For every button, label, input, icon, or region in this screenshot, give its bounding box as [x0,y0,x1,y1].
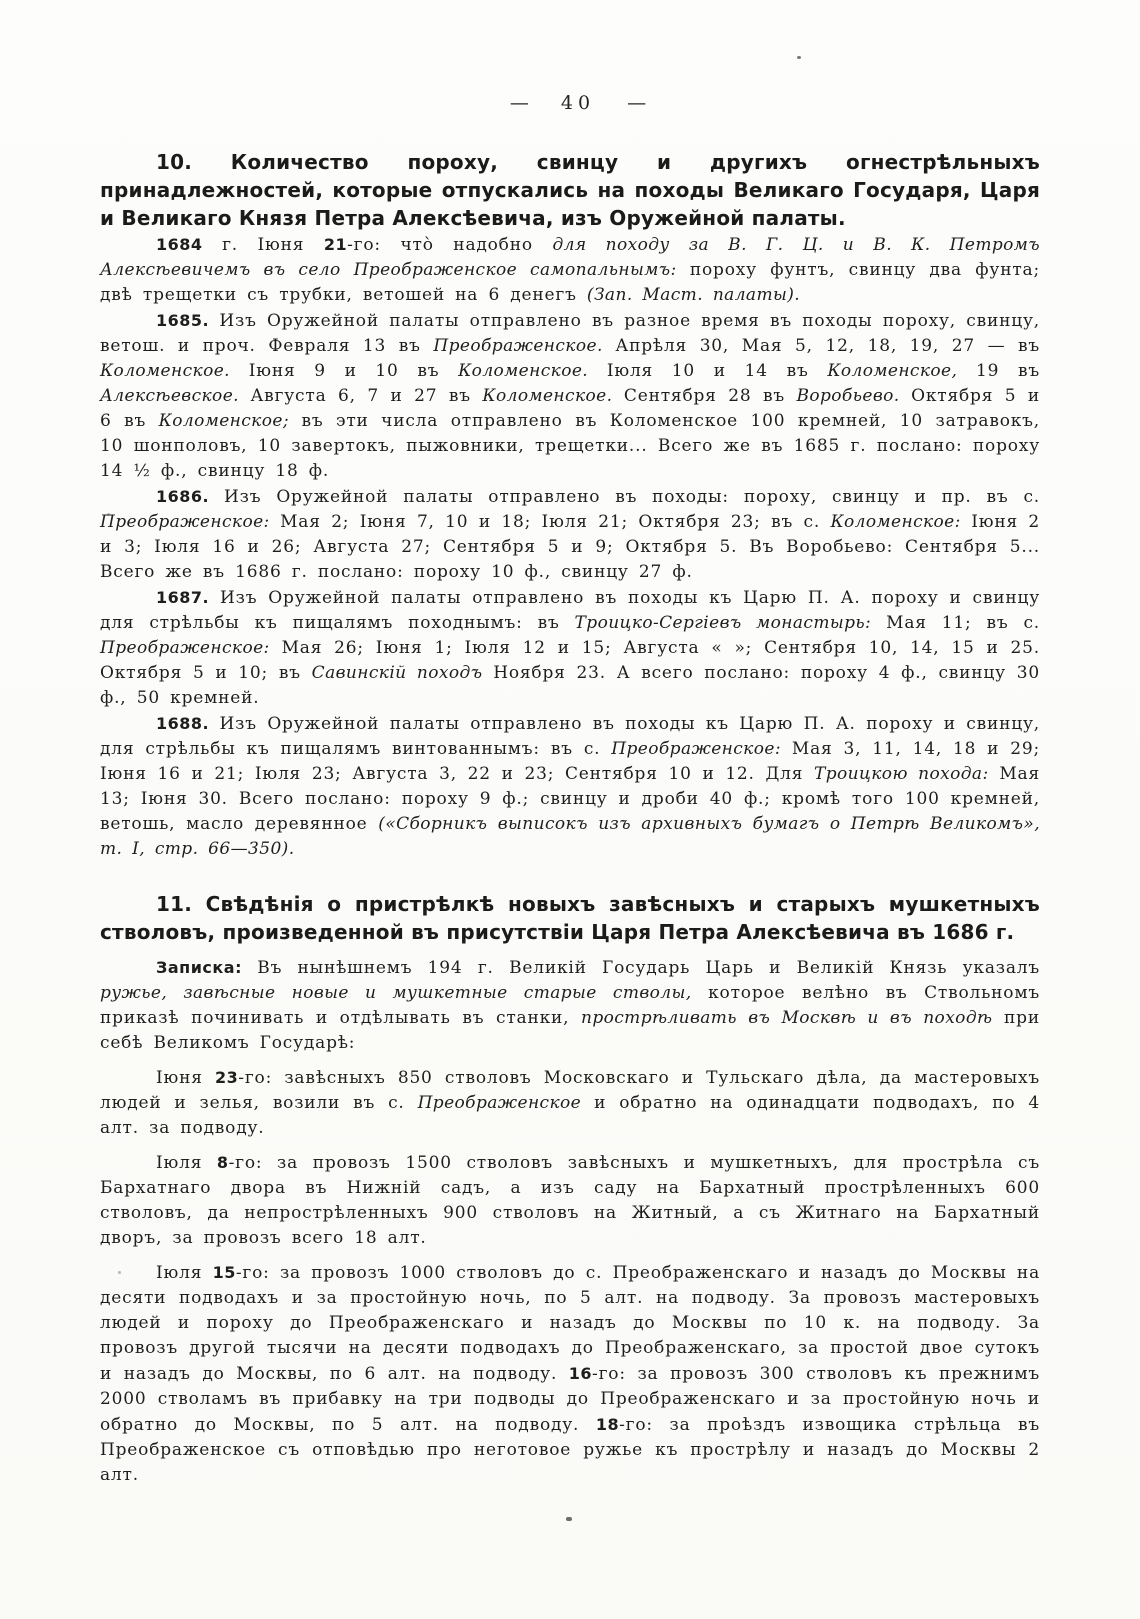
bold-text: 1688. [156,714,209,733]
italic-text: Троицко-Сергіевъ монастырь: [575,613,872,633]
scanned-book-page: { "page_header": { "left_dash": "—", "nu… [0,0,1140,1619]
body-text: -го: что̀ надобно [347,235,552,255]
italic-text: Коломенское; [159,411,289,431]
section-11-heading: 11. Свѣдѣнія о пристрѣлкѣ новыхъ завѣсны… [100,890,1040,946]
body-text: Іюня 9 и 10 въ [230,361,458,381]
bold-text: 15 [213,1263,236,1282]
body-text: Іюля [156,1263,213,1283]
bold-text: 18 [596,1415,619,1434]
italic-text: Коломенское. [482,386,612,406]
body-text: Апрѣля 30, Мая 5, 12, 18, 19, 27 — въ [603,336,1040,356]
body-text: г. Іюня [203,235,324,255]
paragraph: 1684 г. Іюня 21-го: что̀ надобно для пох… [100,232,1040,308]
body-text: Іюля [156,1153,217,1173]
italic-text: (Зап. Маст. палаты). [587,285,800,305]
bold-text: 23 [215,1068,238,1087]
italic-text: Преображенское: [100,512,270,532]
paragraph: 1688. Изъ Оружейной палаты отправлено въ… [100,711,1040,862]
page-number-value: 40 [561,92,595,114]
bold-text: 1684 [156,235,203,254]
bold-text: Записка: [156,958,242,977]
italic-text: прострѣливать въ Москвѣ и въ походѣ [581,1008,992,1028]
body-text: Августа 6, 7 и 27 въ [239,386,482,406]
italic-text: Коломенское. [458,361,588,381]
paragraph: 1685. Изъ Оружейной палаты отправлено въ… [100,308,1040,484]
body-text: Мая 11; въ с. [871,613,1040,633]
italic-text: Алексѣевское. [100,386,239,406]
page-number-left-dash: — [510,92,529,114]
italic-text: Троицкою похода: [814,764,989,784]
italic-text: Преображенское [418,1093,582,1113]
body-text: Въ нынѣшнемъ 194 г. Великій Государь Цар… [242,958,1040,978]
page-number-right-dash: — [627,92,646,114]
body-text: Изъ Оружейной палаты отправлено въ поход… [209,487,1040,507]
italic-text: Преображенское: [611,739,781,759]
page-content: —40— 10. Количество пороху, свинцу и дру… [100,0,1040,1488]
bold-text: 1686. [156,487,209,506]
italic-text: Коломенское, [827,361,957,381]
italic-text: Преображенское. [433,336,602,356]
body-text: 19 въ [957,361,1040,381]
italic-text: Преображенское: [100,638,270,658]
section-11: 11. Свѣдѣнія о пристрѣлкѣ новыхъ завѣсны… [100,890,1040,1488]
page-number: —40— [116,92,1040,114]
paragraph: 1686. Изъ Оружейной палаты отправлено въ… [100,484,1040,585]
bold-text: 8 [217,1153,229,1172]
paragraph: Іюня 23-го: завѣсныхъ 850 стволовъ Моско… [100,1065,1040,1141]
italic-text: ружье, завѣсные новые и мушкетные старые… [100,983,692,1003]
body-text: Іюля 10 и 14 въ [588,361,827,381]
scan-speck [566,1517,572,1521]
section-10-heading: 10. Количество пороху, свинцу и другихъ … [100,148,1040,232]
paragraph: Записка: Въ нынѣшнемъ 194 г. Великій Гос… [100,955,1040,1056]
section-10: 10. Количество пороху, свинцу и другихъ … [100,148,1040,862]
body-text: -го: за провозъ 1500 стволовъ завѣсныхъ … [100,1153,1040,1248]
bold-text: 21 [324,235,347,254]
body-text: Іюня [156,1068,215,1088]
italic-text: Воробьево. [796,386,899,406]
italic-text: Коломенское: [830,512,960,532]
sections-root: 10. Количество пороху, свинцу и другихъ … [100,148,1040,1488]
body-text: Сентября 28 въ [612,386,796,406]
paragraph: 1687. Изъ Оружейной палаты отправлено въ… [100,585,1040,711]
bold-text: 16 [569,1364,592,1383]
paragraph: Іюля 8-го: за провозъ 1500 стволовъ завѣ… [100,1150,1040,1251]
bold-text: 1685. [156,311,209,330]
scan-speck [797,56,801,59]
italic-text: Коломенское. [100,361,230,381]
body-text: Мая 2; Іюня 7, 10 и 18; Іюля 21; Октября… [270,512,831,532]
paragraph: Іюля 15-го: за провозъ 1000 стволовъ до … [100,1260,1040,1488]
scan-speck [107,513,110,516]
scan-speck [118,1271,121,1274]
italic-text: Савинскій походъ [312,663,483,683]
bold-text: 1687. [156,588,209,607]
